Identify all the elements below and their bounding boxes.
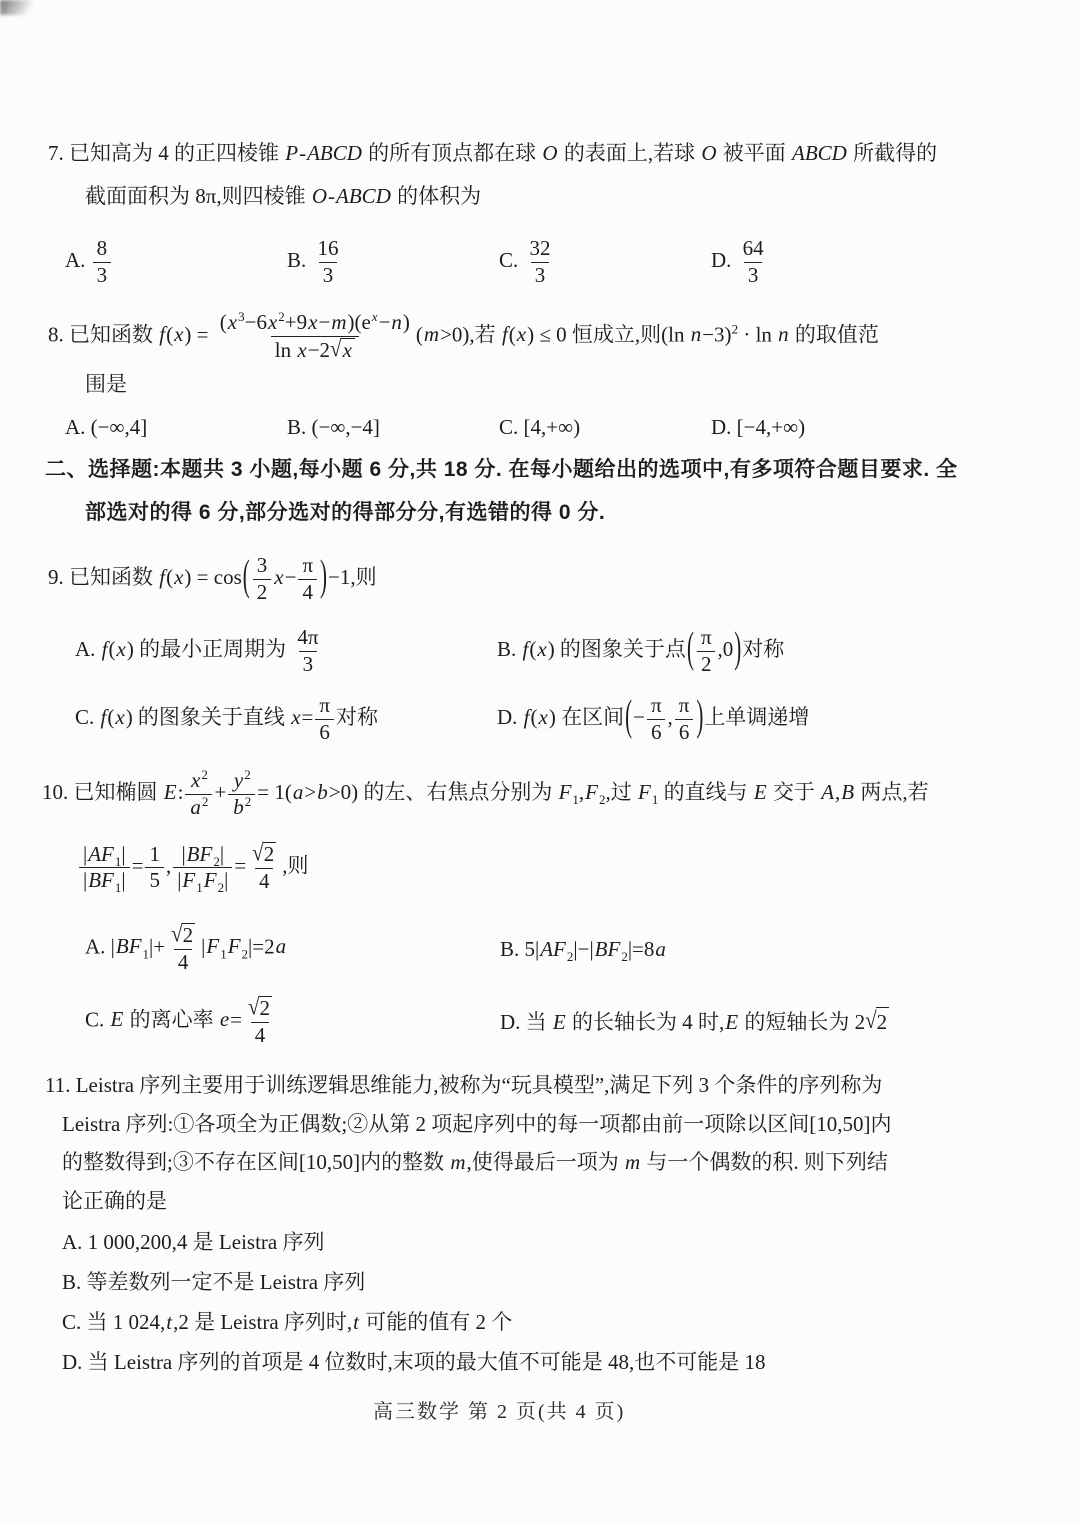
question-11-line-2: Leistra 序列:①各项全为正偶数;②从第 2 项起序列中的每一项都由前一项… — [62, 1110, 891, 1138]
question-8-options: A. (−∞,4] B. (−∞,−4] C. [4,+∞) D. [−4,+∞… — [65, 413, 805, 441]
exam-paper-page: 7. 已知高为 4 的正四棱锥 P-ABCD 的所有顶点都在球 O 的表面上,若… — [0, 0, 1080, 1524]
question-9-option-d: D. f(x) 在区间(−π6,π6)上单调递增 — [497, 694, 809, 744]
page-footer: 高三数学 第 2 页(共 4 页) — [373, 1395, 625, 1424]
question-11-line-3: 的整数得到;③不存在区间[10,50]内的整数 m,使得最后一项为 m 与一个偶… — [62, 1148, 888, 1176]
question-11-line-1: 11. Leistra 序列主要用于训练逻辑思维能力,被称为“玩具模型”,满足下… — [45, 1071, 882, 1099]
question-10-option-b: B. 5|AF2|−|BF2|=8a — [500, 935, 667, 963]
question-9-option-c: C. f(x) 的图象关于直线 x=π6对称 — [75, 694, 497, 744]
question-11-option-c: C. 当 1 024,t,2 是 Leistra 序列时,t 可能的值有 2 个 — [62, 1308, 512, 1336]
question-10-option-a: A. |BF1|+√24|F1F2|=2a — [85, 923, 500, 974]
question-9-stem: 9. 已知函数 f(x) = cos(32x−π4)−1,则 — [48, 554, 377, 604]
question-10-line-1: 10. 已知椭圆 E:x2a2+y2b2= 1(a>b>0) 的左、右焦点分别为… — [42, 769, 929, 819]
question-7-option-d: D. 643 — [711, 237, 770, 287]
question-9-option-b: B. f(x) 的图象关于点(π2,0)对称 — [497, 626, 784, 676]
question-9-options-row-1: A. f(x) 的最小正周期为 4π3 B. f(x) 的图象关于点(π2,0)… — [75, 626, 784, 676]
question-8-option-c: C. [4,+∞) — [499, 413, 711, 441]
section-2-header-line-1: 二、选择题:本题共 3 小题,每小题 6 分,共 18 分. 在每小题给出的选项… — [45, 456, 958, 484]
question-11-option-a: A. 1 000,200,4 是 Leistra 序列 — [62, 1228, 324, 1256]
question-10-line-2: |AF1||BF1|=15,|BF2||F1F2|=√24,则 — [77, 842, 308, 893]
question-10-options-row-2: C. E 的离心率 e=√24 D. 当 E 的长轴长为 4 时,E 的短轴长为… — [85, 996, 889, 1047]
question-9-option-a: A. f(x) 的最小正周期为 4π3 — [75, 626, 497, 676]
question-10-option-d: D. 当 E 的长轴长为 4 时,E 的短轴长为 2√2 — [500, 1007, 889, 1036]
scan-smudge-artifact — [0, 0, 40, 15]
question-8-option-a: A. (−∞,4] — [65, 413, 287, 441]
question-10-options-row-1: A. |BF1|+√24|F1F2|=2a B. 5|AF2|−|BF2|=8a — [85, 923, 667, 974]
question-7-options: A. 83 B. 163 C. 323 D. 643 — [65, 237, 770, 287]
question-11-line-4: 论正确的是 — [62, 1187, 167, 1215]
question-7-option-a: A. 83 — [65, 237, 287, 287]
question-11-option-b: B. 等差数列一定不是 Leistra 序列 — [62, 1268, 365, 1296]
question-7-line-2: 截面面积为 8π,则四棱锥 O-ABCD 的体积为 — [85, 182, 481, 210]
question-11-option-d: D. 当 Leistra 序列的首项是 4 位数时,末项的最大值不可能是 48,… — [62, 1348, 765, 1376]
question-8-line-1: 8. 已知函数 f(x) = (x3−6x2+9x−m)(ex−n)ln x−2… — [48, 311, 879, 362]
section-2-header-line-2: 部选对的得 6 分,部分选对的得部分分,有选错的得 0 分. — [85, 499, 605, 527]
question-8-option-b: B. (−∞,−4] — [287, 413, 499, 441]
question-7-line-1: 7. 已知高为 4 的正四棱锥 P-ABCD 的所有顶点都在球 O 的表面上,若… — [48, 139, 937, 167]
question-10-option-c: C. E 的离心率 e=√24 — [85, 996, 500, 1047]
question-9-options-row-2: C. f(x) 的图象关于直线 x=π6对称 D. f(x) 在区间(−π6,π… — [75, 694, 809, 744]
question-7-option-c: C. 323 — [499, 237, 711, 287]
question-7-option-b: B. 163 — [287, 237, 499, 287]
question-8-line-2: 围是 — [85, 370, 127, 398]
question-8-option-d: D. [−4,+∞) — [711, 413, 805, 441]
